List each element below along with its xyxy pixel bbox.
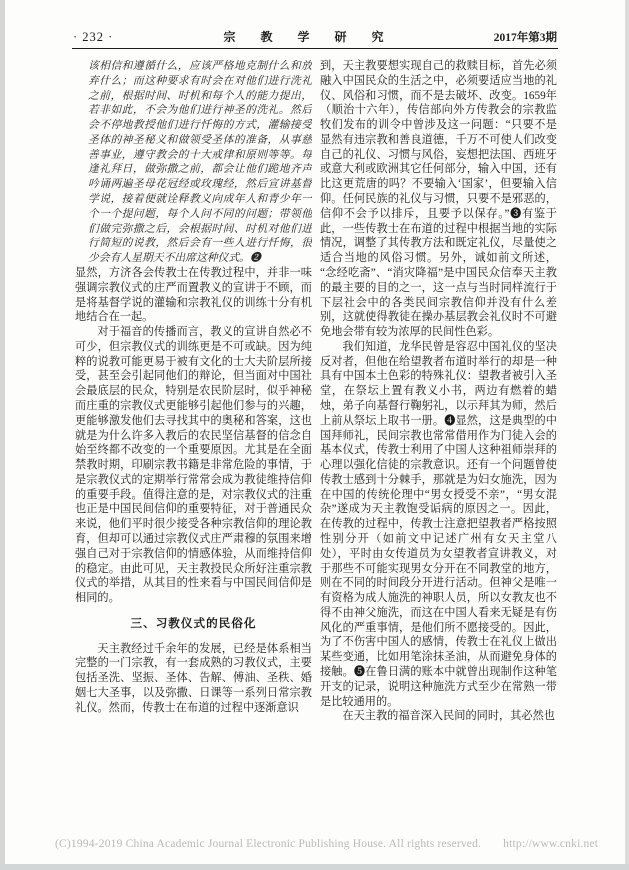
- document-page: · 232 · 宗 教 学 研 究 2017年第3期 该相信和遵循什么，应该严格…: [0, 0, 629, 870]
- section-heading: 三、习教仪式的民俗化: [75, 617, 312, 632]
- journal-title: 宗 教 学 研 究: [213, 28, 395, 45]
- header-rule: [72, 48, 558, 49]
- footer-url: http://www.cnki.net: [503, 838, 598, 850]
- paragraph-closing: 在天主教的福音深入民间的同时，其必然也: [320, 709, 557, 724]
- paragraph-longobardi: 我们知道，龙华民曾是容忍中国礼仪的坚决反对者，但他在给望教者布道时举行的却是一种…: [320, 340, 557, 710]
- cnki-footer: (C)1994-2019 China Academic Journal Elec…: [55, 838, 595, 850]
- paragraph-continuation: 显然，方济各会传教士在传教过程中，并非一味强调宗教仪式的庄严而置教义的宣讲于不顾…: [75, 266, 312, 325]
- article-body: 该相信和遵循什么，应该严格地克制什么和放弃什么；而这种要求有时会在对他们进行洗礼…: [75, 59, 557, 813]
- scan-edge-bottom: [0, 864, 629, 870]
- paragraph-gospel-rites: 对于福音的传播而言，教义的宣讲自然必不可少，但宗教仪式的训练更是不可或缺。因为纯…: [75, 325, 312, 606]
- page-number: · 232 ·: [73, 30, 113, 45]
- copyright-text: (C)1994-2019 China Academic Journal Elec…: [55, 838, 481, 850]
- scan-edge-left: [0, 0, 5, 870]
- left-column: 该相信和遵循什么，应该严格地克制什么和放弃什么；而这种要求有时会在对他们进行洗礼…: [75, 59, 312, 813]
- quote-block: 该相信和遵循什么，应该严格地克制什么和放弃什么；而这种要求有时会在对他们进行洗礼…: [88, 59, 312, 266]
- paragraph-sacraments: 天主教经过千余年的发展，已经是体系相当完整的一门宗教，有一套成熟的习教仪式，主要…: [75, 642, 312, 716]
- scan-edge-right: [625, 0, 629, 870]
- page-header: · 232 · 宗 教 学 研 究 2017年第3期: [73, 28, 557, 45]
- issue-number: 2017年第3期: [494, 29, 557, 45]
- paragraph-adaptation: 到，天主教要想实现自己的救赎目标，首先必须融入中国民众的生活之中，必须要适应当地…: [320, 59, 557, 340]
- right-column: 到，天主教要想实现自己的救赎目标，首先必须融入中国民众的生活之中，必须要适应当地…: [320, 59, 557, 813]
